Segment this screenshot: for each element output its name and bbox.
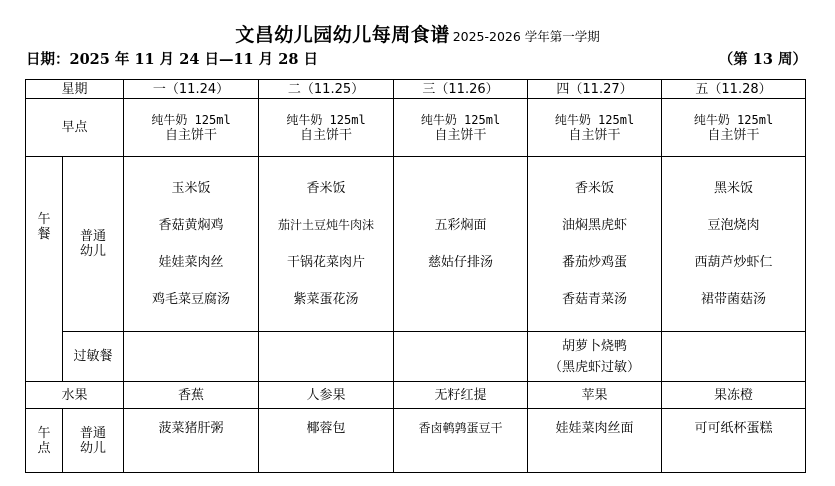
fruit-cell: 人参果: [259, 382, 394, 409]
day-header-fri: 五（11.28）: [662, 80, 806, 99]
breakfast-item: 纯牛奶 125ml: [124, 113, 258, 128]
fruit-cell: 果冻橙: [662, 382, 806, 409]
dish: 慈姑仔排汤: [394, 244, 527, 281]
dish: 玉米饭: [124, 170, 258, 207]
dish: 鸡毛菜豆腐汤: [124, 281, 258, 318]
weekday-header: 星期: [26, 80, 124, 99]
fruit-cell: 无籽红提: [394, 382, 528, 409]
breakfast-item: 纯牛奶 125ml: [662, 113, 805, 128]
date-range: 日期：2025 年 11 月 24 日—11 月 28 日: [26, 48, 318, 69]
allergy-cell-mon: [124, 332, 259, 382]
group-label-line: 幼儿: [63, 244, 123, 259]
breakfast-cell: 纯牛奶 125ml自主饼干: [662, 99, 806, 157]
dish: 茄汁土豆炖牛肉沫: [259, 207, 393, 244]
dish: 五彩焖面: [394, 207, 527, 244]
lunch-allergy-row: 过敏餐 胡萝卜烧鸭（黑虎虾过敏）: [26, 332, 806, 382]
snack-label-char: 点: [26, 441, 62, 456]
dish: 香米饭: [528, 170, 661, 207]
dish: 豆泡烧肉: [662, 207, 805, 244]
snack-label-char: 午: [26, 426, 62, 441]
group-label-line: 幼儿: [63, 441, 123, 456]
allergy-cell-wed: [394, 332, 528, 382]
day-header-wed: 三（11.26）: [394, 80, 528, 99]
dish: 油焖黑虎虾: [528, 207, 661, 244]
breakfast-cell: 纯牛奶 125ml自主饼干: [124, 99, 259, 157]
lunch-cell-tue: 香米饭 茄汁土豆炖牛肉沫 干锅花菜肉片 紫菜蛋花汤: [259, 157, 394, 332]
breakfast-item: 自主饼干: [528, 128, 661, 143]
allergy-cell-tue: [259, 332, 394, 382]
snack-item: 椰蓉包: [307, 421, 346, 436]
snack-cell: 可可纸杯蛋糕: [662, 409, 806, 473]
fruit-cell: 苹果: [528, 382, 662, 409]
breakfast-cell: 纯牛奶 125ml自主饼干: [259, 99, 394, 157]
group-label-line: 普通: [63, 229, 123, 244]
allergy-cell-thu: 胡萝卜烧鸭（黑虎虾过敏）: [528, 332, 662, 382]
breakfast-cell: 纯牛奶 125ml自主饼干: [528, 99, 662, 157]
snack-cell: 香卤鹌鹑蛋豆干: [394, 409, 528, 473]
fruit-label: 水果: [26, 382, 124, 409]
regular-children-label: 普通幼儿: [63, 157, 124, 332]
dish: 香菇黄焖鸡: [124, 207, 258, 244]
afternoon-snack-row: 午点 普通幼儿 菠菜猪肝粥 椰蓉包 香卤鹌鹑蛋豆干 娃娃菜肉丝面 可可纸杯蛋糕: [26, 409, 806, 473]
snack-cell: 娃娃菜肉丝面: [528, 409, 662, 473]
breakfast-item: 自主饼干: [259, 128, 393, 143]
breakfast-label: 早点: [26, 99, 124, 157]
week-number: （第 13 周）: [719, 48, 807, 69]
group-label-line: 普通: [63, 426, 123, 441]
breakfast-item: 纯牛奶 125ml: [528, 113, 661, 128]
snack-cell: 菠菜猪肝粥: [124, 409, 259, 473]
lunch-label-char: 餐: [26, 227, 62, 242]
fruit-row: 水果 香蕉 人参果 无籽红提 苹果 果冻橙: [26, 382, 806, 409]
snack-item: 菠菜猪肝粥: [159, 421, 224, 436]
breakfast-item: 自主饼干: [124, 128, 258, 143]
breakfast-cell: 纯牛奶 125ml自主饼干: [394, 99, 528, 157]
day-header-thu: 四（11.27）: [528, 80, 662, 99]
breakfast-item: 纯牛奶 125ml: [259, 113, 393, 128]
lunch-label: 午餐: [26, 157, 63, 382]
dish: 番茄炒鸡蛋: [528, 244, 661, 281]
breakfast-item: 自主饼干: [662, 128, 805, 143]
allergy-note: （黑虎虾过敏）: [528, 357, 661, 378]
snack-item: 娃娃菜肉丝面: [556, 421, 634, 436]
dish: 黑米饭: [662, 170, 805, 207]
lunch-cell-thu: 香米饭 油焖黑虎虾 番茄炒鸡蛋 香菇青菜汤: [528, 157, 662, 332]
dish: 紫菜蛋花汤: [259, 281, 393, 318]
page-title: 文昌幼儿园幼儿每周食谱2025-2026 学年第一学期: [0, 20, 835, 47]
breakfast-item: 自主饼干: [394, 128, 527, 143]
term-label: 2025-2026 学年第一学期: [453, 29, 600, 44]
snack-label: 午点: [26, 409, 63, 473]
snack-item: 可可纸杯蛋糕: [695, 421, 773, 436]
dish: 西葫芦炒虾仁: [662, 244, 805, 281]
lunch-cell-mon: 玉米饭 香菇黄焖鸡 娃娃菜肉丝 鸡毛菜豆腐汤: [124, 157, 259, 332]
dish: 干锅花菜肉片: [259, 244, 393, 281]
weekly-menu-table: 星期 一（11.24） 二（11.25） 三（11.26） 四（11.27） 五…: [25, 79, 806, 473]
snack-group-label: 普通幼儿: [63, 409, 124, 473]
allergy-meal-label: 过敏餐: [63, 332, 124, 382]
header-row: 星期 一（11.24） 二（11.25） 三（11.26） 四（11.27） 五…: [26, 80, 806, 99]
lunch-regular-row: 午餐 普通幼儿 玉米饭 香菇黄焖鸡 娃娃菜肉丝 鸡毛菜豆腐汤 香米饭 茄汁土豆炖…: [26, 157, 806, 332]
breakfast-item: 纯牛奶 125ml: [394, 113, 527, 128]
breakfast-row: 早点 纯牛奶 125ml自主饼干 纯牛奶 125ml自主饼干 纯牛奶 125ml…: [26, 99, 806, 157]
dish: 香米饭: [259, 170, 393, 207]
dish: 娃娃菜肉丝: [124, 244, 258, 281]
menu-title: 文昌幼儿园幼儿每周食谱: [235, 24, 450, 46]
lunch-cell-wed: 五彩焖面 慈姑仔排汤: [394, 157, 528, 332]
snack-cell: 椰蓉包: [259, 409, 394, 473]
allergy-cell-fri: [662, 332, 806, 382]
snack-item: 香卤鹌鹑蛋豆干: [419, 421, 503, 435]
lunch-cell-fri: 黑米饭 豆泡烧肉 西葫芦炒虾仁 裙带菌菇汤: [662, 157, 806, 332]
dish: 裙带菌菇汤: [662, 281, 805, 318]
dish: 香菇青菜汤: [528, 281, 661, 318]
day-header-tue: 二（11.25）: [259, 80, 394, 99]
day-header-mon: 一（11.24）: [124, 80, 259, 99]
lunch-label-char: 午: [26, 212, 62, 227]
fruit-cell: 香蕉: [124, 382, 259, 409]
allergy-dish: 胡萝卜烧鸭: [528, 336, 661, 357]
